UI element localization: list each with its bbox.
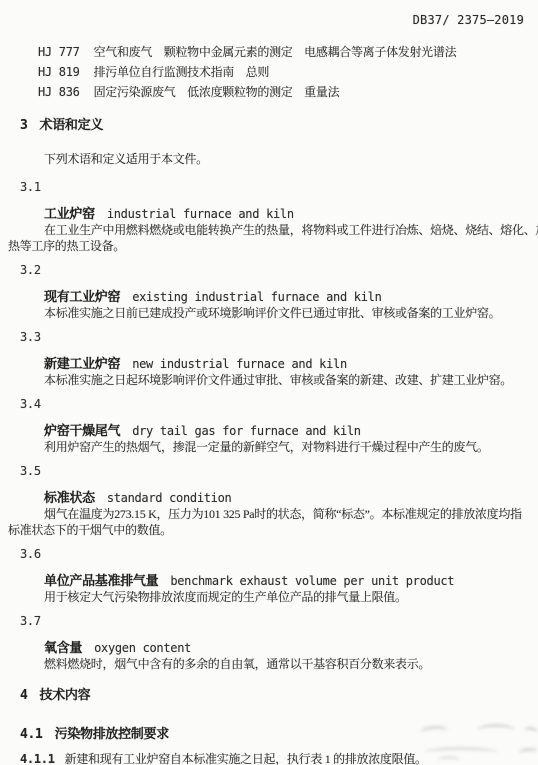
- term-en: existing industrial furnace and kiln: [132, 290, 381, 304]
- term-zh: 氧含量: [44, 640, 82, 655]
- section-number: 4: [20, 688, 28, 703]
- subsection-number: 4.1: [20, 727, 43, 742]
- scan-smudge: [438, 756, 460, 764]
- reference-title: 排污单位自行监测技术指南 总则: [94, 65, 270, 79]
- definition-line: 本标准实施之日前已建成投产或环境影响评价文件已通过审批、审核或备案的工业炉窑。: [44, 305, 534, 321]
- section-title: 术语和定义: [40, 117, 104, 132]
- section-heading-technical: 4技术内容: [20, 687, 538, 704]
- term-block-3-3: 3.3 新建工业炉窑new industrial furnace and kil…: [0, 329, 538, 388]
- definition-line: 本标准实施之日起环境影响评价文件通过审批、审核或备案的新建、改建、扩建工业炉窑。: [44, 372, 534, 388]
- definition-line: 利用炉窑产生的热烟气，掺混一定量的新鲜空气，对物料进行干燥过程中产生的废气。: [44, 439, 534, 455]
- term-line: 氧含量oxygen content: [44, 640, 538, 656]
- term-en: new industrial furnace and kiln: [132, 357, 347, 371]
- term-line: 新建工业炉窑new industrial furnace and kiln: [44, 356, 538, 372]
- term-line: 现有工业炉窑existing industrial furnace and ki…: [44, 289, 538, 305]
- term-line: 炉窑干燥尾气dry tail gas for furnace and kiln: [44, 423, 538, 439]
- reference-item: HJ 819排污单位自行监测技术指南 总则: [38, 62, 538, 82]
- definition-line: 用于核定大气污染物排放浓度而规定的生产单位产品的排气量上限值。: [44, 589, 534, 605]
- term-zh: 工业炉窑: [44, 206, 95, 221]
- reference-title: 固定污染源废气 低浓度颗粒物的测定 重量法: [94, 85, 340, 99]
- term-zh: 新建工业炉窑: [44, 356, 120, 371]
- reference-list: HJ 777空气和废气 颗粒物中金属元素的测定 电感耦合等离子体发射光谱法 HJ…: [38, 42, 538, 102]
- term-en: oxygen content: [94, 641, 191, 655]
- clause-text: 新建和现有工业炉窑自本标准实施之日起，执行表 1 的排放浓度限值。: [65, 752, 427, 765]
- clause-number: 4.1.1: [20, 752, 55, 765]
- term-number: 3.4: [20, 396, 538, 412]
- term-zh: 标准状态: [44, 490, 95, 505]
- term-number: 3.1: [20, 179, 538, 195]
- scan-smudge: [478, 724, 514, 736]
- reference-title: 空气和废气 颗粒物中金属元素的测定 电感耦合等离子体发射光谱法: [94, 45, 457, 59]
- definition-line: 标准状态下的干烟气中的数值。: [8, 522, 534, 538]
- term-block-3-1: 3.1 工业炉窑industrial furnace and kiln 在工业生…: [0, 179, 538, 254]
- term-en: industrial furnace and kiln: [107, 207, 294, 221]
- terms-intro: 下列术语和定义适用于本文件。: [44, 151, 538, 167]
- definition-line: 烟气在温度为273.15 K，压力为101 325 Pa时的状态，简称“标态”。…: [44, 506, 534, 522]
- term-number: 3.6: [20, 546, 538, 562]
- term-line: 标准状态standard condition: [44, 490, 538, 506]
- section-title: 技术内容: [40, 687, 91, 702]
- definition-line: 在工业生产中用燃料燃烧或电能转换产生的热量，将物料或工件进行冶炼、焙烧、烧结、熔…: [44, 222, 534, 238]
- term-number: 3.7: [20, 613, 538, 629]
- section-number: 3: [20, 118, 28, 133]
- term-zh: 炉窑干燥尾气: [44, 423, 120, 438]
- term-number: 3.3: [20, 329, 538, 345]
- term-block-3-2: 3.2 现有工业炉窑existing industrial furnace an…: [0, 262, 538, 321]
- scan-smudge: [424, 747, 498, 758]
- term-number: 3.2: [20, 262, 538, 278]
- section-heading-terms: 3术语和定义: [20, 117, 538, 134]
- reference-code: HJ 777: [38, 45, 80, 59]
- term-block-3-6: 3.6 单位产品基准排气量benchmark exhaust volume pe…: [0, 546, 538, 605]
- scanned-standard-page: DB37/ 2375—2019 HJ 777空气和废气 颗粒物中金属元素的测定 …: [0, 0, 538, 765]
- term-en: benchmark exhaust volume per unit produc…: [170, 574, 454, 588]
- reference-item: HJ 836固定污染源废气 低浓度颗粒物的测定 重量法: [38, 82, 538, 102]
- doc-number: DB37/ 2375—2019: [0, 0, 538, 28]
- definition-line: 燃料燃烧时，烟气中含有的多余的自由氧，通常以干基容积百分数来表示。: [44, 656, 534, 672]
- term-zh: 单位产品基准排气量: [44, 573, 158, 588]
- term-en: standard condition: [107, 491, 232, 505]
- definition-line: 热等工序的热工设备。: [8, 238, 534, 254]
- reference-code: HJ 836: [38, 85, 80, 99]
- term-zh: 现有工业炉窑: [44, 289, 120, 304]
- subsection-heading-emission-control: 4.1污染物排放控制要求: [20, 726, 538, 743]
- subsection-title: 污染物排放控制要求: [55, 726, 169, 741]
- term-block-3-5: 3.5 标准状态standard condition 烟气在温度为273.15 …: [0, 463, 538, 538]
- term-block-3-7: 3.7 氧含量oxygen content 燃料燃烧时，烟气中含有的多余的自由氧…: [0, 613, 538, 672]
- term-en: dry tail gas for furnace and kiln: [132, 424, 361, 438]
- term-line: 工业炉窑industrial furnace and kiln: [44, 206, 538, 222]
- term-number: 3.5: [20, 463, 538, 479]
- term-line: 单位产品基准排气量benchmark exhaust volume per un…: [44, 573, 538, 589]
- term-block-3-4: 3.4 炉窑干燥尾气dry tail gas for furnace and k…: [0, 396, 538, 455]
- reference-code: HJ 819: [38, 65, 80, 79]
- reference-item: HJ 777空气和废气 颗粒物中金属元素的测定 电感耦合等离子体发射光谱法: [38, 42, 538, 62]
